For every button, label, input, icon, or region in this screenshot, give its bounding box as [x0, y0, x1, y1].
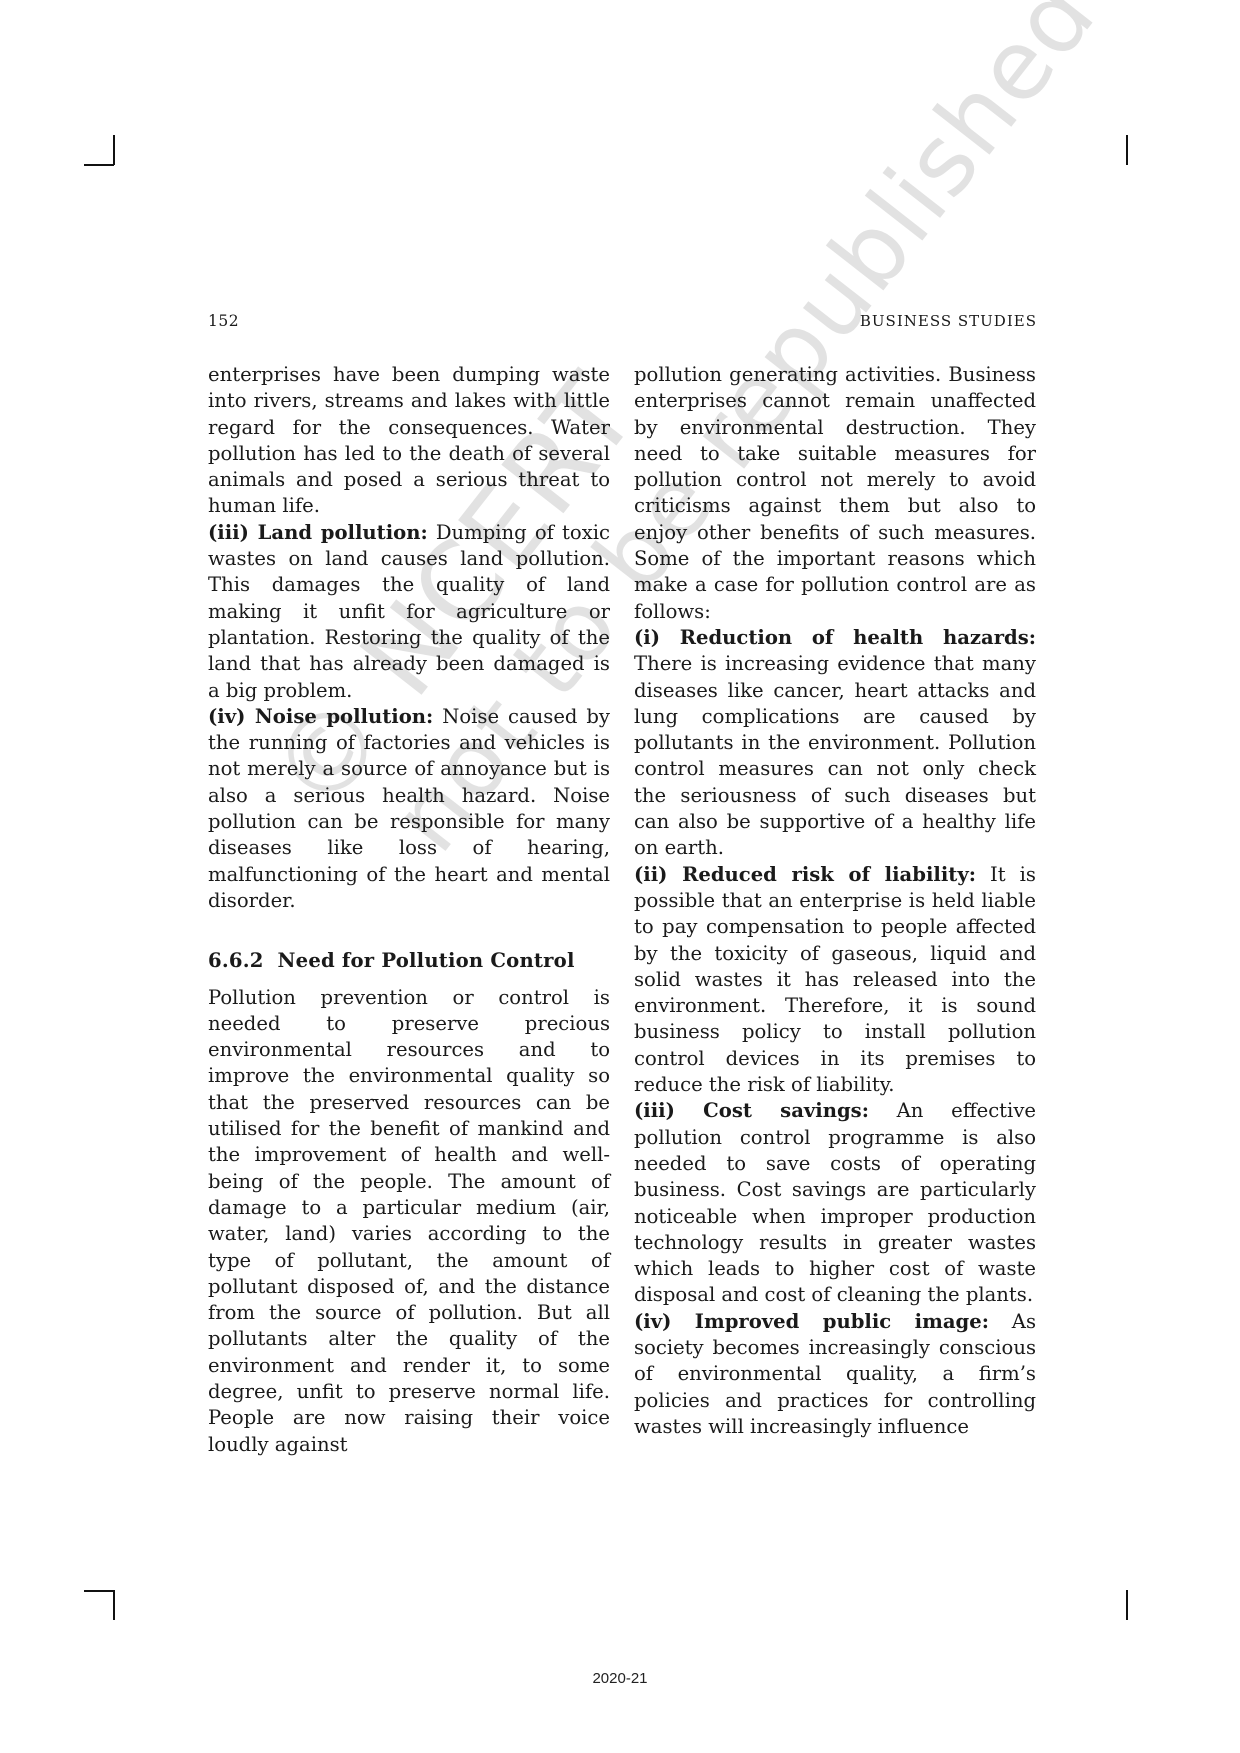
item-label: (ii) Reduced risk of liability:: [634, 863, 976, 886]
item-label: (iv) Improved public image:: [634, 1310, 989, 1333]
item-text: It is possible that an enterprise is hel…: [634, 863, 1036, 1096]
right-column: pollution generating activities. Busines…: [634, 362, 1036, 1440]
item-text: Dumping of toxic wastes on land causes l…: [208, 521, 610, 702]
running-title: BUSINESS STUDIES: [860, 312, 1037, 330]
item-text: Noise caused by the running of factories…: [208, 705, 610, 912]
list-item-public-image: (iv) Improved public image: As society b…: [634, 1309, 1036, 1440]
list-item-land-pollution: (iii) Land pollution: Dumping of toxic w…: [208, 520, 610, 704]
crop-mark-bottom-left-vertical: [113, 1590, 115, 1620]
item-label: (i) Reduction of health hazards:: [634, 626, 1036, 649]
crop-mark-top-left-vertical: [113, 135, 115, 165]
continued-paragraph: enterprises have been dumping waste into…: [208, 362, 610, 520]
section-paragraph: Pollution prevention or control is neede…: [208, 985, 610, 1458]
item-text: An effective pollution control programme…: [634, 1099, 1036, 1306]
page-number: 152: [208, 312, 239, 330]
section-number: 6.6.2: [208, 949, 264, 972]
list-item-cost-savings: (iii) Cost savings: An effective polluti…: [634, 1098, 1036, 1308]
list-item-noise-pollution: (iv) Noise pollution: Noise caused by th…: [208, 704, 610, 914]
crop-mark-top-left-horizontal: [84, 164, 114, 166]
section-title: Need for Pollution Control: [278, 949, 575, 972]
item-label: (iv) Noise pollution:: [208, 705, 433, 728]
crop-mark-top-right-vertical: [1126, 135, 1128, 165]
edition-footer: 2020-21: [0, 1670, 1240, 1687]
item-label: (iii) Land pollution:: [208, 521, 428, 544]
list-item-health-hazards: (i) Reduction of health hazards: There i…: [634, 625, 1036, 862]
item-label: (iii) Cost savings:: [634, 1099, 869, 1122]
continued-paragraph: pollution generating activities. Busines…: [634, 362, 1036, 625]
crop-mark-bottom-left-horizontal: [84, 1590, 114, 1592]
section-heading: 6.6.2Need for Pollution Control: [208, 948, 610, 974]
left-column: enterprises have been dumping waste into…: [208, 362, 610, 1458]
list-item-liability: (ii) Reduced risk of liability: It is po…: [634, 862, 1036, 1099]
item-text: There is increasing evidence that many d…: [634, 652, 1036, 859]
crop-mark-bottom-right-vertical: [1126, 1590, 1128, 1620]
